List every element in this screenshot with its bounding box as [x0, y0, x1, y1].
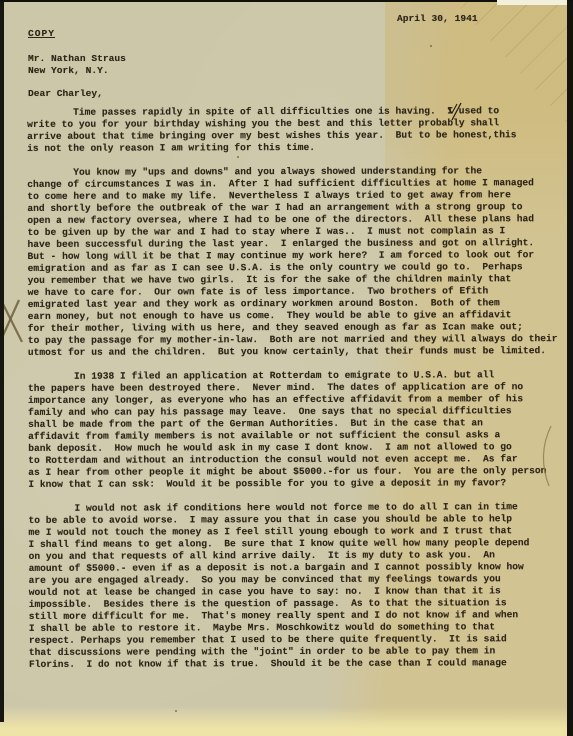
paragraph: In 1938 I filed an application at Rotter… — [28, 369, 565, 491]
scan-edge-left — [0, 0, 4, 722]
recipient-city: New York, N.Y. — [28, 65, 109, 77]
paper-bottom-highlight — [0, 706, 573, 736]
recipient-name: Mr. Nathan Straus — [28, 53, 126, 65]
text-line: is not the only reason I am writing for … — [27, 141, 564, 155]
scan-speck — [430, 168, 432, 170]
text-line: utmost for us and the children. But you … — [28, 345, 565, 359]
scan-speck — [175, 710, 177, 712]
copy-label: COPY — [28, 28, 55, 40]
scanned-letter-page: April 30, 1941 COPY Mr. Nathan Straus Ne… — [0, 0, 573, 736]
letter-body: Time passes rapidly in spite of all diff… — [27, 105, 566, 683]
letter-date: April 30, 1941 — [397, 13, 478, 25]
scan-speck — [237, 156, 239, 158]
text-line: arrive about that time bringing over my … — [27, 129, 564, 143]
paragraph: Time passes rapidly in spite of all diff… — [27, 105, 564, 155]
scan-speck — [430, 45, 432, 47]
scan-edge-right — [567, 0, 573, 736]
paragraph: You know my "ups and downs" and you alwa… — [27, 165, 565, 359]
text-line: family and who can pay his passage may l… — [28, 405, 565, 419]
scan-edge-top-sliver — [497, 0, 567, 5]
text-line: Florins. I do not know if that is true. … — [29, 657, 566, 671]
paragraph: I would not ask if conditions here would… — [28, 501, 566, 671]
scan-edge-top — [0, 0, 573, 2]
text-line: I know that I can ssk: Would it be possi… — [28, 477, 565, 491]
salutation: Dear Charley, — [28, 88, 103, 100]
